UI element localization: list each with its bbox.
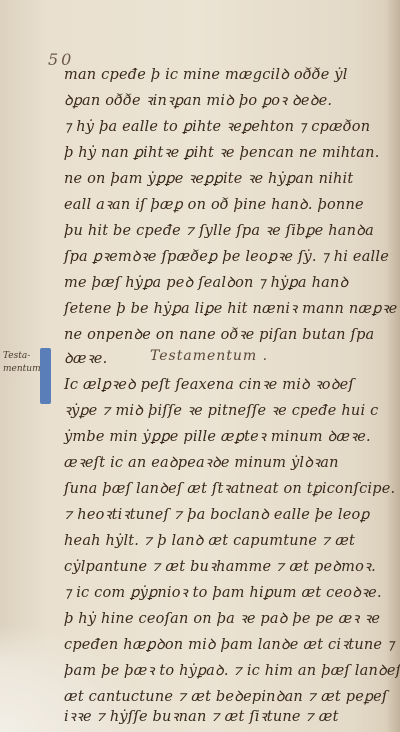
- text-line: ſpa ꝑꝛemꝺꝛe ſpæðeꝑ þe leoꝑꝛe ſẏ. ⁊ hi ea…: [64, 246, 389, 266]
- text-line: þu hit be cpeđe ⁊ ſylle ſpa ꝛe ſibꝑe han…: [64, 220, 374, 240]
- text-line: iꝛꝛe ⁊ hẏſſe buꝛnan ⁊ æt ſiꝛtune ⁊ æt: [64, 706, 339, 726]
- text-line: ſetene þ be hẏꝑa liꝑe hit næniꝛ mann næꝑ…: [64, 298, 397, 318]
- text-line: æꝛeſt ic an eaꝺpeaꝛꝺe minum ẏlꝺꝛan: [64, 452, 339, 472]
- text-line: ẏmbe min ẏꝑꝑe pille æꝑteꝛ minum ꝺæꝛe.: [64, 426, 371, 446]
- margin-annotation: Testa- mentum: [3, 350, 39, 376]
- text-line: ne on þam ẏꝑꝑe ꝛeꝑꝑite ꝛe hẏꝑan nihit: [64, 168, 353, 188]
- manuscript-page: 50 Testa- mentum Testamentum . man cpeđe…: [0, 0, 400, 732]
- page-edge-shadow: [386, 0, 400, 732]
- text-line: me þæſ hẏꝑa peꝺ ſealꝺon ⁊ hẏꝑa hanꝺ: [64, 272, 348, 292]
- text-line: æt cantuctune ⁊ æt beꝺepinꝺan ⁊ æt peꝑeſ: [64, 686, 387, 706]
- text-line: ⁊ ic com ꝑẏꝑnioꝛ to þam hiꝑum æt ceoꝺꝛe.: [64, 582, 382, 602]
- blue-initial-capital: [40, 348, 51, 404]
- text-line: Ic ælꝑꝛeꝺ peſt ſeaxena cinꝛe miꝺ ꝛoꝺeſ: [64, 374, 354, 394]
- text-line: ꝛẏꝑe ⁊ miꝺ þiſſe ꝛe pitneſſe ꝛe cpeđe hu…: [64, 400, 378, 420]
- text-line: ne onpenꝺe on nane oðꝛe piſan butan ſpa: [64, 324, 374, 344]
- text-line: heah hẏlt. ⁊ þ lanꝺ æt capumtune ⁊ æt: [64, 530, 355, 550]
- text-line: man cpeđe þ ic mine mægcilꝺ oððe ẏl: [64, 64, 348, 84]
- text-line: eall aꝛan iſ þæꝑ on oð þine hanꝺ. þonne: [64, 194, 364, 214]
- margin-note-line: mentum: [3, 363, 39, 376]
- text-line: ⁊ hẏ þa ealle to ꝑihte ꝛeꝑehton ⁊ cpæðon: [64, 116, 370, 136]
- text-line: cẏlpantune ⁊ æt buꝛhamme ⁊ æt peꝺmoꝛ.: [64, 556, 376, 576]
- text-line: þ hẏ hine ceoſan on þa ꝛe paꝺ þe pe æꝛ ꝛ…: [64, 608, 380, 628]
- text-line: ꝺæꝛe.: [64, 348, 107, 368]
- text-line: ⁊ heoꝛtiꝛtuneſ ⁊ þa boclanꝺ ealle þe leo…: [64, 504, 370, 524]
- section-heading: Testamentum .: [150, 348, 268, 364]
- text-line: þ hẏ nan ꝑihtꝛe ꝑiht ꝛe þencan ne mihtan…: [64, 142, 380, 162]
- text-line: ꝺꝑan oððe ꝛinꝛꝑan miꝺ þo ꝑoꝛ ꝺeꝺe.: [64, 90, 332, 110]
- text-line: þam þe þæꝛ to hẏꝑaꝺ. ⁊ ic him an þæſ lan…: [64, 660, 400, 680]
- margin-note-line: Testa-: [3, 350, 39, 363]
- text-line: cpeđen hæꝑꝺon miꝺ þam lanꝺe æt ciꝛtune ⁊: [64, 634, 394, 654]
- text-line: ſuna þæſ lanꝺeſ æt ſtꝛatneat on tꝑiconſc…: [64, 478, 395, 498]
